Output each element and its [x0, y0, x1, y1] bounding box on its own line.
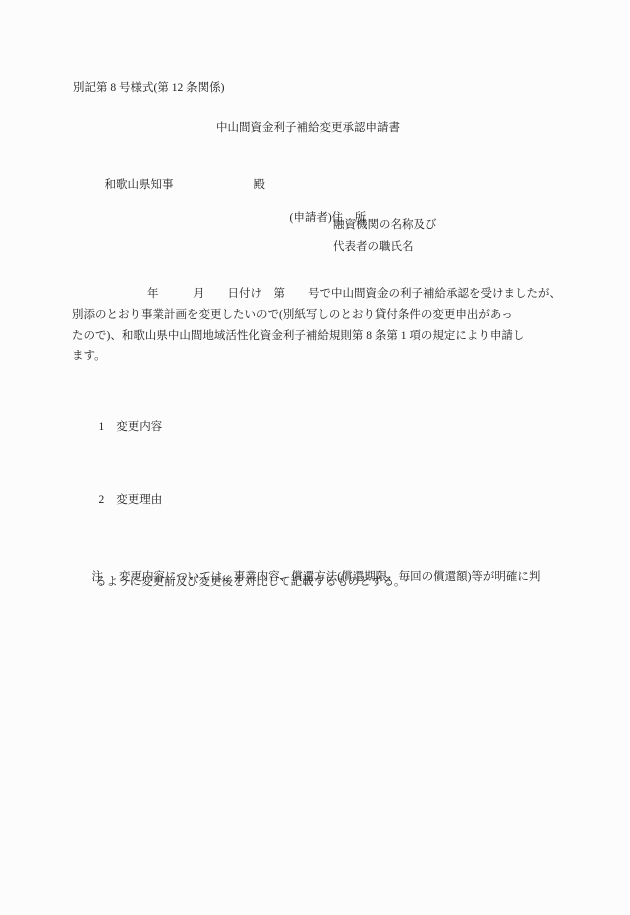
body-line-4: ます。	[72, 349, 106, 364]
addressee-blank-space	[174, 187, 254, 188]
section-change-details: 1変更内容	[87, 405, 162, 450]
body-line-2: 別添のとおり事業計画を変更したいので(別紙写しのとおり貸付条件の変更申出があっ	[72, 308, 513, 323]
section-change-reason: 2変更理由	[87, 478, 162, 523]
document-title: 中山間資金利子補給変更承認申請書	[216, 121, 400, 136]
form-number: 別記第 8 号様式(第 12 条関係)	[73, 81, 224, 96]
section-1-gap	[104, 429, 116, 430]
addressee-line: 和歌山県知事殿	[93, 163, 265, 208]
applicant-representative-label: 代表者の職氏名	[333, 240, 414, 255]
document-page: 別記第 8 号様式(第 12 条関係) 中山間資金利子補給変更承認申請書 和歌山…	[0, 0, 630, 915]
addressee-honorific: 殿	[254, 179, 266, 191]
section-1-number: 1	[99, 421, 105, 433]
section-2-label: 変更理由	[116, 494, 162, 506]
body-line-3: たので)、和歌山県中山間地域活性化資金利子補給規則第 8 条第 1 項の規定によ…	[72, 329, 524, 344]
note-line-2: るように変更前及び変更後を対比して記載するものとする。	[95, 575, 406, 590]
applicant-prefix: (申請者)	[290, 212, 332, 224]
section-2-gap	[104, 502, 116, 503]
addressee-name: 和歌山県知事	[105, 179, 174, 191]
applicant-institution-label: 融資機関の名称及び	[333, 218, 437, 233]
section-2-number: 2	[99, 494, 105, 506]
section-1-label: 変更内容	[116, 421, 162, 433]
body-line-1: 年 月 日付け 第 号で中山間資金の利子補給承認を受けましたが、	[147, 287, 561, 302]
